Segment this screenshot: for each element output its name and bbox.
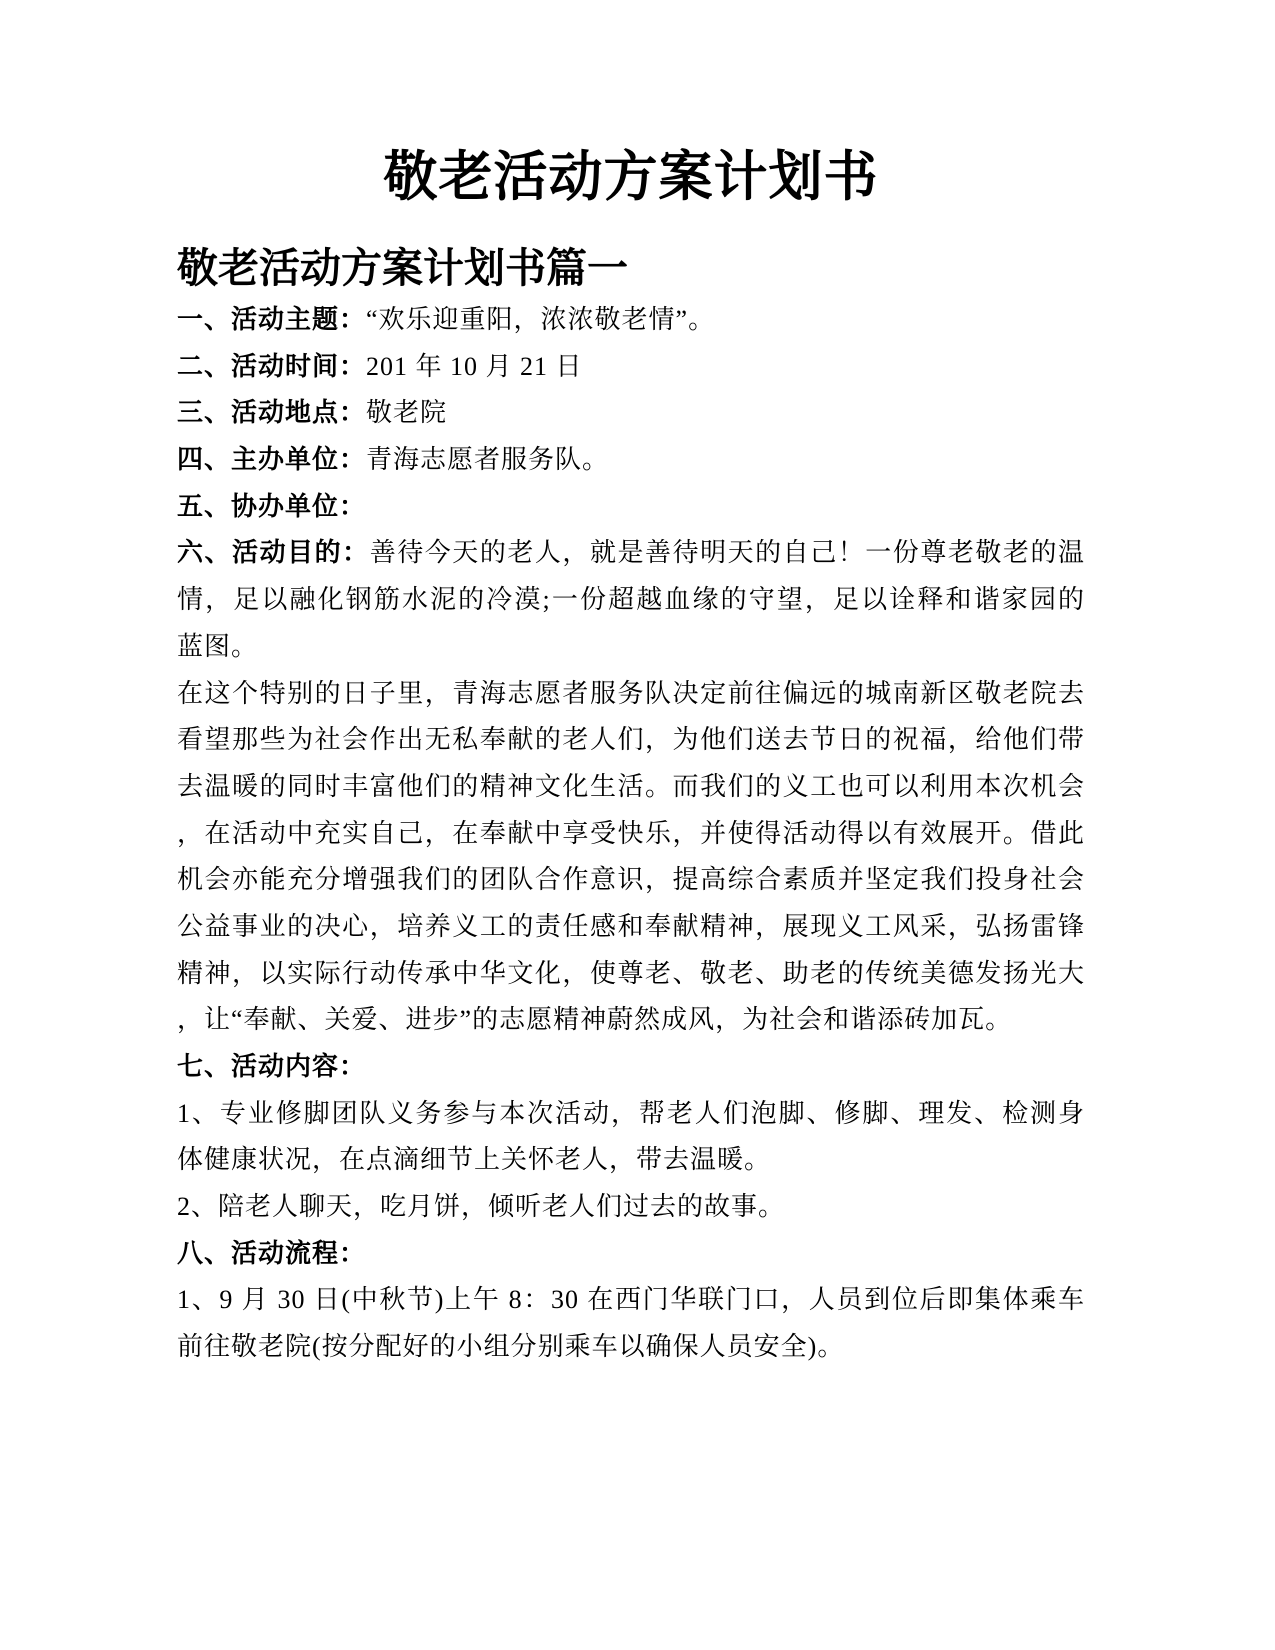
line-text: 1、9 月 30 日(中秋节)上午 8：30 在西门华联门口，人员到位后即集体乘… — [177, 1285, 1085, 1314]
line-text: ，在活动中充实自己，在奉献中享受快乐，并使得活动得以有效展开。借此 — [177, 819, 1085, 848]
text-line: 六、活动目的：善待今天的老人，就是善待明天的自己！一份尊老敬老的温 — [177, 530, 1085, 577]
line-label: 二、活动时间： — [177, 352, 366, 381]
text-line: 八、活动流程： — [177, 1231, 1085, 1278]
text-line: 在这个特别的日子里，青海志愿者服务队决定前往偏远的城南新区敬老院去 — [177, 671, 1085, 718]
line-text: 机会亦能充分增强我们的团队合作意识，提高综合素质并坚定我们投身社会 — [177, 865, 1085, 894]
text-line: 2、陪老人聊天，吃月饼，倾听老人们过去的故事。 — [177, 1184, 1085, 1231]
text-line: ，在活动中充实自己，在奉献中享受快乐，并使得活动得以有效展开。借此 — [177, 811, 1085, 858]
text-line: 看望那些为社会作出无私奉献的老人们，为他们送去节日的祝福，给他们带 — [177, 717, 1085, 764]
text-line: 三、活动地点：敬老院 — [177, 390, 1085, 437]
text-line: 体健康状况，在点滴细节上关怀老人，带去温暖。 — [177, 1137, 1085, 1184]
line-label: 八、活动流程： — [177, 1239, 366, 1268]
text-line: 前往敬老院(按分配好的小组分别乘车以确保人员安全)。 — [177, 1324, 1085, 1371]
text-line: 公益事业的决心，培养义工的责任感和奉献精神，展现义工风采，弘扬雷锋 — [177, 904, 1085, 951]
line-text: 体健康状况，在点滴细节上关怀老人，带去温暖。 — [177, 1145, 771, 1174]
line-text: 去温暖的同时丰富他们的精神文化生活。而我们的义工也可以利用本次机会 — [177, 772, 1085, 801]
line-text: 201 年 10 月 21 日 — [366, 352, 583, 381]
text-line: 七、活动内容： — [177, 1044, 1085, 1091]
text-line: 二、活动时间：201 年 10 月 21 日 — [177, 344, 1085, 391]
line-text: 情，足以融化钢筋水泥的冷漠;一份超越血缘的守望，足以诠释和谐家园的 — [177, 585, 1085, 614]
text-line: 情，足以融化钢筋水泥的冷漠;一份超越血缘的守望，足以诠释和谐家园的 — [177, 577, 1085, 624]
line-text: 2、陪老人聊天，吃月饼，倾听老人们过去的故事。 — [177, 1192, 785, 1221]
line-text: 在这个特别的日子里，青海志愿者服务队决定前往偏远的城南新区敬老院去 — [177, 679, 1085, 708]
text-line: 1、专业修脚团队义务参与本次活动，帮老人们泡脚、修脚、理发、检测身 — [177, 1091, 1085, 1138]
text-line: 四、主办单位：青海志愿者服务队。 — [177, 437, 1085, 484]
line-text: 前往敬老院(按分配好的小组分别乘车以确保人员安全)。 — [177, 1332, 844, 1361]
text-line: 蓝图。 — [177, 624, 1085, 671]
line-text: 青海志愿者服务队。 — [366, 445, 609, 474]
text-line: 一、活动主题：“欢乐迎重阳，浓浓敬老情”。 — [177, 297, 1085, 344]
line-label: 三、活动地点： — [177, 398, 366, 427]
section-heading: 敬老活动方案计划书篇一 — [177, 243, 1085, 293]
line-text: 公益事业的决心，培养义工的责任感和奉献精神，展现义工风采，弘扬雷锋 — [177, 912, 1085, 941]
line-label: 六、活动目的： — [177, 538, 370, 567]
line-text: 精神，以实际行动传承中华文化，使尊老、敬老、助老的传统美德发扬光大 — [177, 959, 1085, 988]
line-text: 敬老院 — [366, 398, 447, 427]
line-label: 一、活动主题： — [177, 305, 366, 334]
line-text: 1、专业修脚团队义务参与本次活动，帮老人们泡脚、修脚、理发、检测身 — [177, 1099, 1085, 1128]
document-body: 一、活动主题：“欢乐迎重阳，浓浓敬老情”。 二、活动时间：201 年 10 月 … — [177, 297, 1085, 1371]
document-title: 敬老活动方案计划书 — [177, 146, 1085, 208]
text-line: 去温暖的同时丰富他们的精神文化生活。而我们的义工也可以利用本次机会 — [177, 764, 1085, 811]
line-text: “欢乐迎重阳，浓浓敬老情”。 — [366, 305, 715, 334]
line-label: 五、协办单位： — [177, 492, 366, 521]
line-text: 蓝图。 — [177, 632, 258, 661]
text-line: 1、9 月 30 日(中秋节)上午 8：30 在西门华联门口，人员到位后即集体乘… — [177, 1277, 1085, 1324]
line-text: 善待今天的老人，就是善待明天的自己！一份尊老敬老的温 — [370, 538, 1085, 567]
document-page: 敬老活动方案计划书 敬老活动方案计划书篇一 一、活动主题：“欢乐迎重阳，浓浓敬老… — [0, 0, 1275, 1650]
line-label: 七、活动内容： — [177, 1052, 366, 1081]
line-text: 看望那些为社会作出无私奉献的老人们，为他们送去节日的祝福，给他们带 — [177, 725, 1085, 754]
text-line: 五、协办单位： — [177, 484, 1085, 531]
line-label: 四、主办单位： — [177, 445, 366, 474]
text-line: 机会亦能充分增强我们的团队合作意识，提高综合素质并坚定我们投身社会 — [177, 857, 1085, 904]
line-text: ，让“奉献、关爱、进步”的志愿精神蔚然成风，为社会和谐添砖加瓦。 — [177, 1005, 1012, 1034]
text-line: 精神，以实际行动传承中华文化，使尊老、敬老、助老的传统美德发扬光大 — [177, 951, 1085, 998]
text-line: ，让“奉献、关爱、进步”的志愿精神蔚然成风，为社会和谐添砖加瓦。 — [177, 997, 1085, 1044]
